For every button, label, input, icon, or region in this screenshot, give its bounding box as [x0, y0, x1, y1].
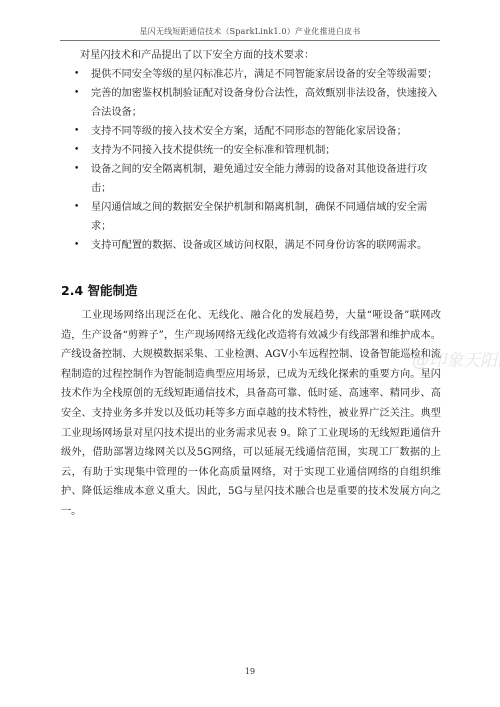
- header-divider: [60, 40, 440, 41]
- list-item: • 星闪通信域之间的数据安全保护机制和隔离机制，确保不同通信域的安全需 求；: [60, 198, 445, 236]
- list-item: • 完善的加密鉴权机制验证配对设备身份合法性，高效甄别非法设备，快速接入 合法设…: [60, 84, 445, 122]
- list-item-text: 提供不同安全等级的星闪标准芯片，满足不同智能家居设备的安全等级需要；: [91, 65, 445, 84]
- section-heading: 2.4 智能制造: [61, 281, 138, 299]
- running-header: 星闪无线短距通信技术（SparkLink1.0）产业化推进白皮书: [60, 26, 440, 37]
- bullet-icon: •: [74, 122, 79, 141]
- bullet-icon: •: [74, 236, 79, 255]
- page-number: 19: [0, 667, 500, 676]
- bullet-icon: •: [74, 141, 79, 160]
- list-item-text-continued: 求；: [91, 217, 445, 236]
- list-item-text: 支持可配置的数据、设备或区域访问权限，满足不同身份访客的联网需求。: [91, 236, 445, 255]
- body-paragraph: 工业现场网络出现泛在化、无线化、融合化的发展趋势，大量“哑设备”联网改造，生产设…: [61, 306, 441, 522]
- list-item: • 提供不同安全等级的星闪标准芯片，满足不同智能家居设备的安全等级需要；: [60, 65, 445, 84]
- security-intro: 对星闪技术和产品提出了以下安全方面的技术要求：: [80, 46, 314, 65]
- list-item: • 支持可配置的数据、设备或区域访问权限，满足不同身份访客的联网需求。: [60, 236, 445, 255]
- list-item-text: 设备之间的安全隔离机制，避免通过安全能力薄弱的设备对其他设备进行攻: [91, 160, 445, 179]
- list-item-text: 支持为不同接入技术提供统一的安全标准和管理机制；: [91, 141, 445, 160]
- list-item-text: 星闪通信域之间的数据安全保护机制和隔离机制，确保不同通信域的安全需: [91, 198, 445, 217]
- list-item-text: 支持不同等级的接入技术安全方案，适配不同形态的智能化家居设备；: [91, 122, 445, 141]
- list-item-text-continued: 合法设备；: [91, 103, 445, 122]
- bullet-icon: •: [74, 198, 79, 217]
- security-requirements-list: • 提供不同安全等级的星闪标准芯片，满足不同智能家居设备的安全等级需要； • 完…: [60, 65, 445, 255]
- list-item: • 支持为不同接入技术提供统一的安全标准和管理机制；: [60, 141, 445, 160]
- list-item: • 设备之间的安全隔离机制，避免通过安全能力薄弱的设备对其他设备进行攻 击；: [60, 160, 445, 198]
- list-item-text: 完善的加密鉴权机制验证配对设备身份合法性，高效甄别非法设备，快速接入: [91, 84, 445, 103]
- bullet-icon: •: [74, 84, 79, 103]
- bullet-icon: •: [74, 65, 79, 84]
- list-item-text-continued: 击；: [91, 179, 445, 198]
- bullet-icon: •: [74, 160, 79, 179]
- list-item: • 支持不同等级的接入技术安全方案，适配不同形态的智能化家居设备；: [60, 122, 445, 141]
- watermark: @印象天阳网: [412, 346, 500, 371]
